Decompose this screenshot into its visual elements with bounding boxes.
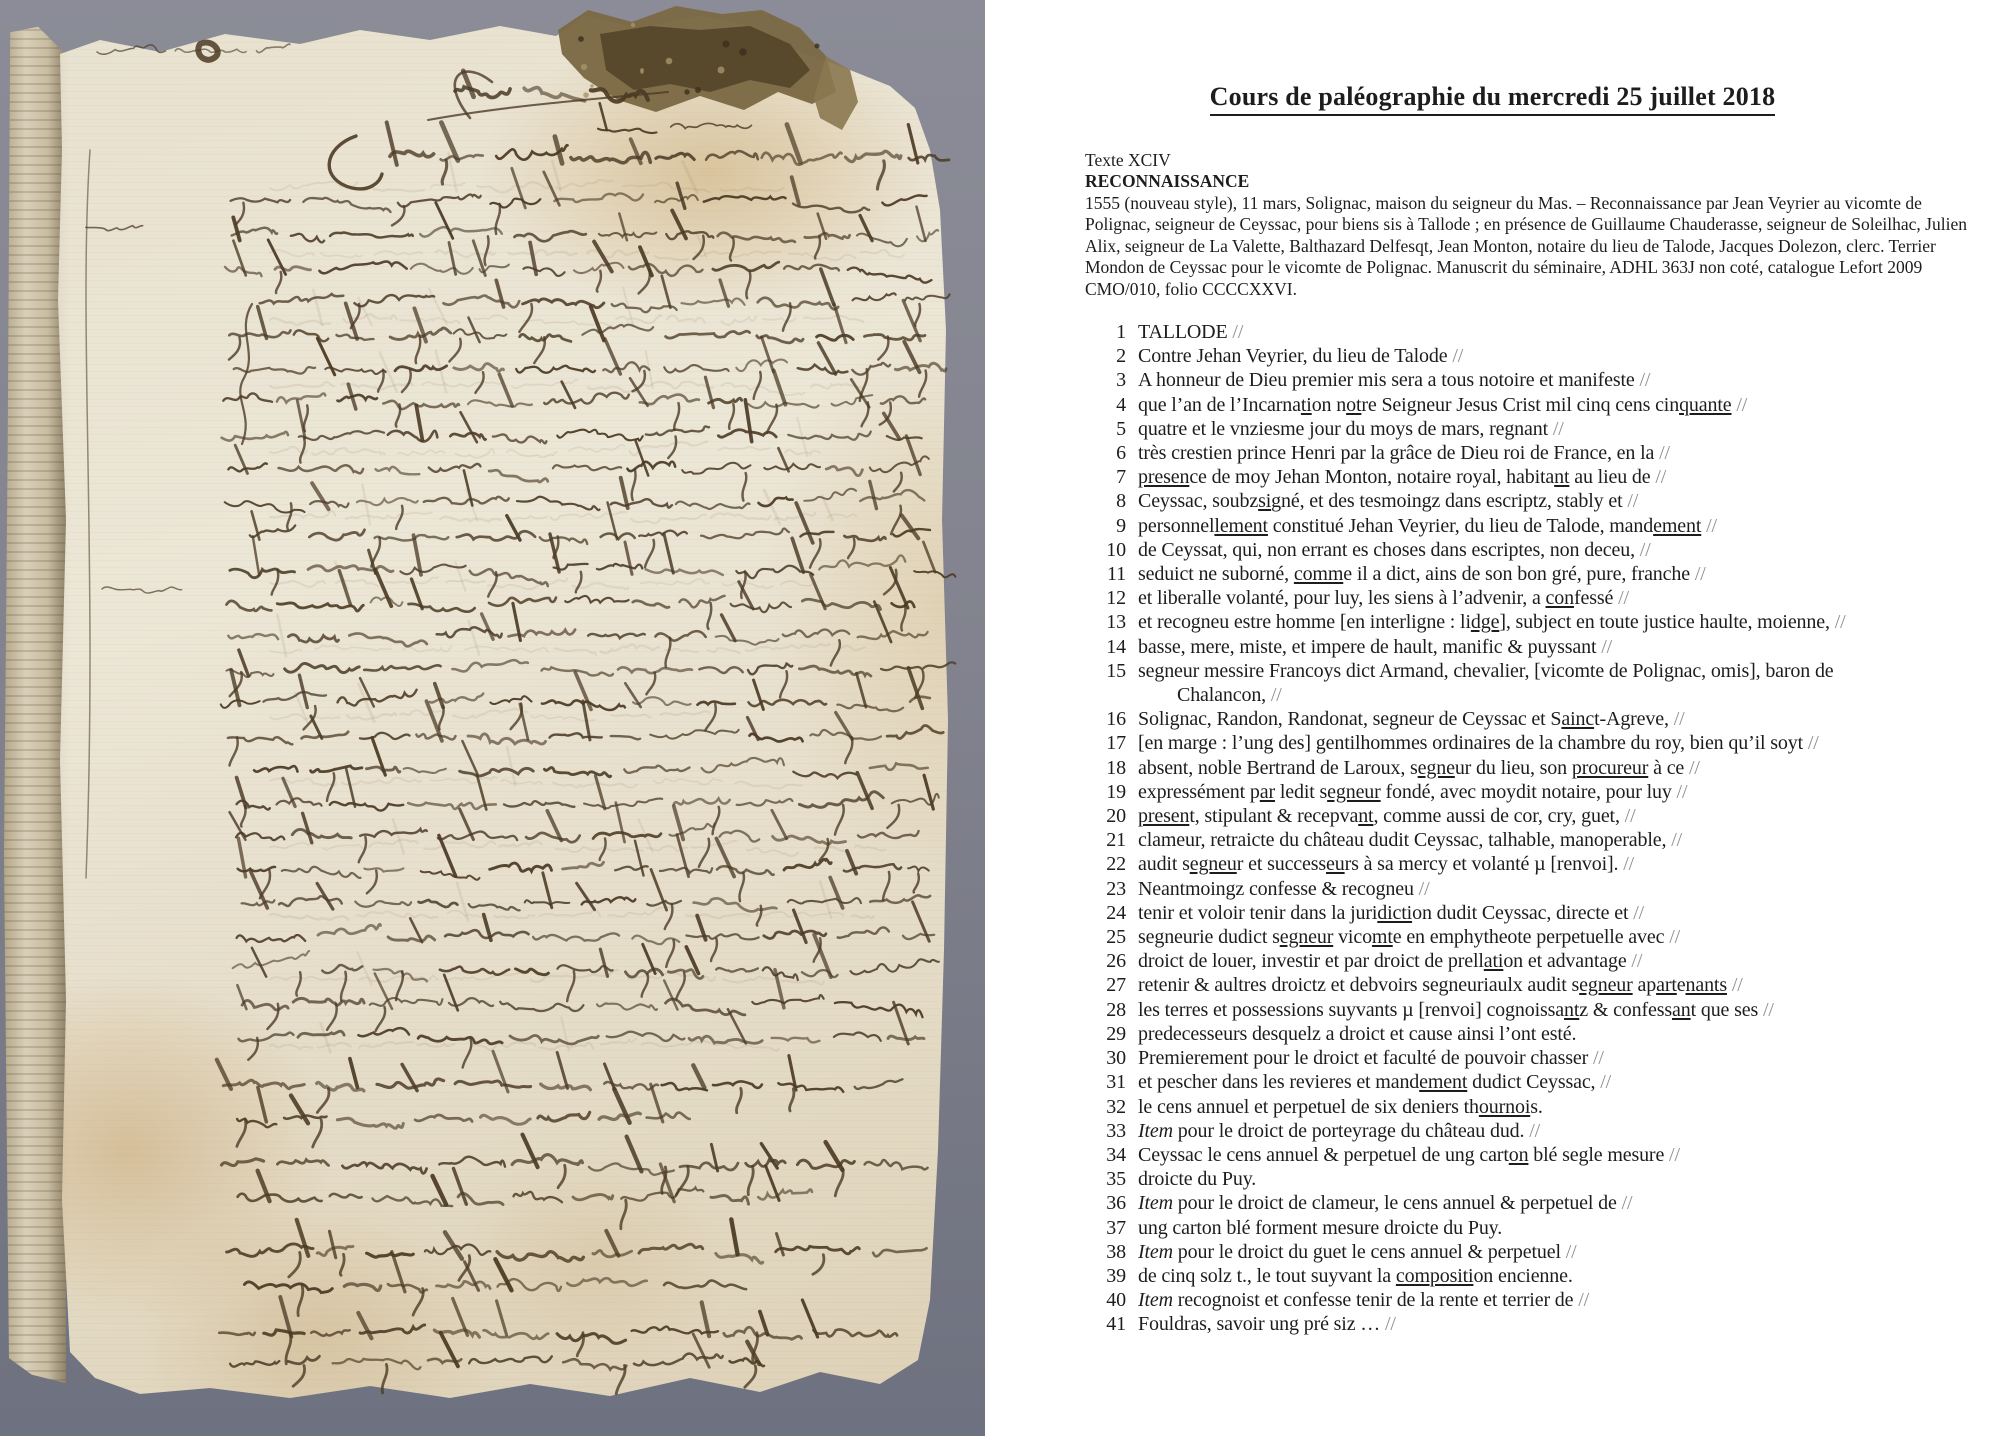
line-number: 24 [1090,901,1126,925]
line-number: 37 [1090,1216,1126,1240]
transcription-line: 32le cens annuel et perpetuel de six den… [1090,1095,2000,1119]
line-number: 16 [1090,707,1126,731]
page-title: Cours de paléographie du mercredi 25 jui… [985,82,2000,116]
transcription-line: 34Ceyssac le cens annuel & perpetuel de … [1090,1143,2000,1167]
line-text: droicte du Puy. [1138,1167,2000,1191]
line-text: les terres et possessions suyvants µ [re… [1138,998,2000,1022]
document-summary: 1555 (nouveau style), 11 mars, Solignac,… [1085,193,1981,300]
line-number: 4 [1090,393,1126,417]
line-text: A honneur de Dieu premier mis sera a tou… [1138,368,2000,392]
line-number: 30 [1090,1046,1126,1070]
transcription-line: 35droicte du Puy. [1090,1167,2000,1191]
line-text: et recogneu estre homme [en interligne :… [1138,610,2000,634]
line-text: le cens annuel et perpetuel de six denie… [1138,1095,2000,1119]
transcription-line: 36Item pour le droict de clameur, le cen… [1090,1191,2000,1215]
line-number: 36 [1090,1191,1126,1215]
transcription-line: 2Contre Jehan Veyrier, du lieu de Talode… [1090,344,2000,368]
line-number: 22 [1090,852,1126,876]
line-text: quatre et le vnziesme jour du moys de ma… [1138,417,2000,441]
transcription-line: 9personnellement constitué Jehan Veyrier… [1090,514,2000,538]
transcription-line: 37ung carton blé forment mesure droicte … [1090,1216,2000,1240]
line-number: 12 [1090,586,1126,610]
transcription-line: 5quatre et le vnziesme jour du moys de m… [1090,417,2000,441]
paleography-handout: Cours de paléographie du mercredi 25 jui… [0,0,2000,1436]
line-number: 1 [1090,320,1126,344]
transcription-line: 29predecesseurs desquelz a droict et cau… [1090,1022,2000,1046]
transcription-line: 31et pescher dans les revieres et mandem… [1090,1070,2000,1094]
line-text: segneur messire Francoys dict Armand, ch… [1138,659,2000,707]
transcription-line: 18absent, noble Bertrand de Laroux, segn… [1090,756,2000,780]
line-text: Item pour le droict de clameur, le cens … [1138,1191,2000,1215]
transcription-line: 10de Ceyssat, qui, non errant es choses … [1090,538,2000,562]
transcription-line: 33Item pour le droict de porteyrage du c… [1090,1119,2000,1143]
line-number: 29 [1090,1022,1126,1046]
transcription-line: 24tenir et voloir tenir dans la juridict… [1090,901,2000,925]
line-number: 25 [1090,925,1126,949]
line-text: Neantmoingz confesse & recogneu // [1138,877,2000,901]
transcription-line: 39de cinq solz t., le tout suyvant la co… [1090,1264,2000,1288]
document-meta: Texte XCIV RECONNAISSANCE [1085,150,1249,192]
line-text: basse, mere, miste, et impere de hault, … [1138,635,2000,659]
transcription-line: 20present, stipulant & recepvant, comme … [1090,804,2000,828]
transcription-line: 6très crestien prince Henri par la grâce… [1090,441,2000,465]
line-number: 34 [1090,1143,1126,1167]
line-number: 14 [1090,635,1126,659]
transcription-line: 25segneurie dudict segneur vicomte en em… [1090,925,2000,949]
line-number: 7 [1090,465,1126,489]
line-text: audit segneur et successeurs à sa mercy … [1138,852,2000,876]
transcription-line: 1TALLODE // [1090,320,2000,344]
transcription-line: 28les terres et possessions suyvants µ [… [1090,998,2000,1022]
transcription-line: 19expressément par ledit segneur fondé, … [1090,780,2000,804]
line-number: 32 [1090,1095,1126,1119]
transcription-line: 4que l’an de l’Incarnation notre Seigneu… [1090,393,2000,417]
line-text: predecesseurs desquelz a droict et cause… [1138,1022,2000,1046]
transcription-line: 16Solignac, Randon, Randonat, segneur de… [1090,707,2000,731]
line-number: 40 [1090,1288,1126,1312]
line-text: Solignac, Randon, Randonat, segneur de C… [1138,707,2000,731]
transcription-list: 1TALLODE //2Contre Jehan Veyrier, du lie… [1090,320,2000,1337]
transcription-line: 17[en marge : l’ung des] gentilhommes or… [1090,731,2000,755]
line-text: segneurie dudict segneur vicomte en emph… [1138,925,2000,949]
line-text: expressément par ledit segneur fondé, av… [1138,780,2000,804]
line-text: absent, noble Bertrand de Laroux, segneu… [1138,756,2000,780]
line-number: 38 [1090,1240,1126,1264]
line-number: 41 [1090,1312,1126,1336]
line-number: 35 [1090,1167,1126,1191]
transcription-line: 26droict de louer, investir et par droic… [1090,949,2000,973]
line-number: 21 [1090,828,1126,852]
texte-label: Texte XCIV [1085,150,1249,171]
line-text: Ceyssac, soubzsigné, et des tesmoingz da… [1138,489,2000,513]
line-number: 2 [1090,344,1126,368]
transcription-line: 7presence de moy Jehan Monton, notaire r… [1090,465,2000,489]
line-text: tenir et voloir tenir dans la juridictio… [1138,901,2000,925]
transcription-line: 30Premierement pour le droict et faculté… [1090,1046,2000,1070]
transcription-line: 23Neantmoingz confesse & recogneu // [1090,877,2000,901]
line-text: TALLODE // [1138,320,2000,344]
transcription-line: 40Item recognoist et confesse tenir de l… [1090,1288,2000,1312]
line-number: 6 [1090,441,1126,465]
line-number: 23 [1090,877,1126,901]
line-number: 33 [1090,1119,1126,1143]
line-text: Fouldras, savoir ung pré siz … // [1138,1312,2000,1336]
line-text: et pescher dans les revieres et mandemen… [1138,1070,2000,1094]
line-text: [en marge : l’ung des] gentilhommes ordi… [1138,731,2000,755]
line-text: de Ceyssat, qui, non errant es choses da… [1138,538,2000,562]
line-number: 20 [1090,804,1126,828]
transcription-line: 22audit segneur et successeurs à sa merc… [1090,852,2000,876]
transcription-line: 13et recogneu estre homme [en interligne… [1090,610,2000,634]
line-text: ung carton blé forment mesure droicte du… [1138,1216,2000,1240]
transcription-panel: Cours de paléographie du mercredi 25 jui… [985,0,2000,1436]
line-number: 27 [1090,973,1126,997]
manuscript-photo [0,0,985,1436]
line-number: 18 [1090,756,1126,780]
line-text: de cinq solz t., le tout suyvant la comp… [1138,1264,2000,1288]
line-number: 19 [1090,780,1126,804]
line-number: 28 [1090,998,1126,1022]
transcription-line: 3A honneur de Dieu premier mis sera a to… [1090,368,2000,392]
line-text: Item recognoist et confesse tenir de la … [1138,1288,2000,1312]
transcription-line: 41Fouldras, savoir ung pré siz … // [1090,1312,2000,1336]
transcription-line: 27retenir & aultres droictz et debvoirs … [1090,973,2000,997]
line-text: que l’an de l’Incarnation notre Seigneur… [1138,393,2000,417]
line-text: et liberalle volanté, pour luy, les sien… [1138,586,2000,610]
line-number: 8 [1090,489,1126,513]
transcription-line: 15segneur messire Francoys dict Armand, … [1090,659,2000,707]
line-number: 5 [1090,417,1126,441]
line-number: 10 [1090,538,1126,562]
line-text: presence de moy Jehan Monton, notaire ro… [1138,465,2000,489]
line-number: 3 [1090,368,1126,392]
line-text: clameur, retraicte du château dudit Ceys… [1138,828,2000,852]
line-text: seduict ne suborné, comme il a dict, ain… [1138,562,2000,586]
line-text: personnellement constitué Jehan Veyrier,… [1138,514,2000,538]
line-text: Contre Jehan Veyrier, du lieu de Talode … [1138,344,2000,368]
transcription-line: 38Item pour le droict du guet le cens an… [1090,1240,2000,1264]
transcription-line: 14basse, mere, miste, et impere de hault… [1090,635,2000,659]
line-number: 39 [1090,1264,1126,1288]
line-text: Item pour le droict du guet le cens annu… [1138,1240,2000,1264]
line-text: Item pour le droict de porteyrage du châ… [1138,1119,2000,1143]
line-text: present, stipulant & recepvant, comme au… [1138,804,2000,828]
line-text: droict de louer, investir et par droict … [1138,949,2000,973]
line-number: 17 [1090,731,1126,755]
line-number: 26 [1090,949,1126,973]
line-text: très crestien prince Henri par la grâce … [1138,441,2000,465]
document-type: RECONNAISSANCE [1085,171,1249,192]
line-number: 31 [1090,1070,1126,1094]
line-number: 15 [1090,659,1126,683]
transcription-line: 8Ceyssac, soubzsigné, et des tesmoingz d… [1090,489,2000,513]
line-number: 9 [1090,514,1126,538]
line-number: 11 [1090,562,1126,586]
transcription-line: 21clameur, retraicte du château dudit Ce… [1090,828,2000,852]
manuscript-handwriting [0,0,985,1436]
transcription-line: 11seduict ne suborné, comme il a dict, a… [1090,562,2000,586]
line-text: Premierement pour le droict et faculté d… [1138,1046,2000,1070]
line-number: 13 [1090,610,1126,634]
line-text: retenir & aultres droictz et debvoirs se… [1138,973,2000,997]
transcription-line: 12et liberalle volanté, pour luy, les si… [1090,586,2000,610]
line-text: Ceyssac le cens annuel & perpetuel de un… [1138,1143,2000,1167]
